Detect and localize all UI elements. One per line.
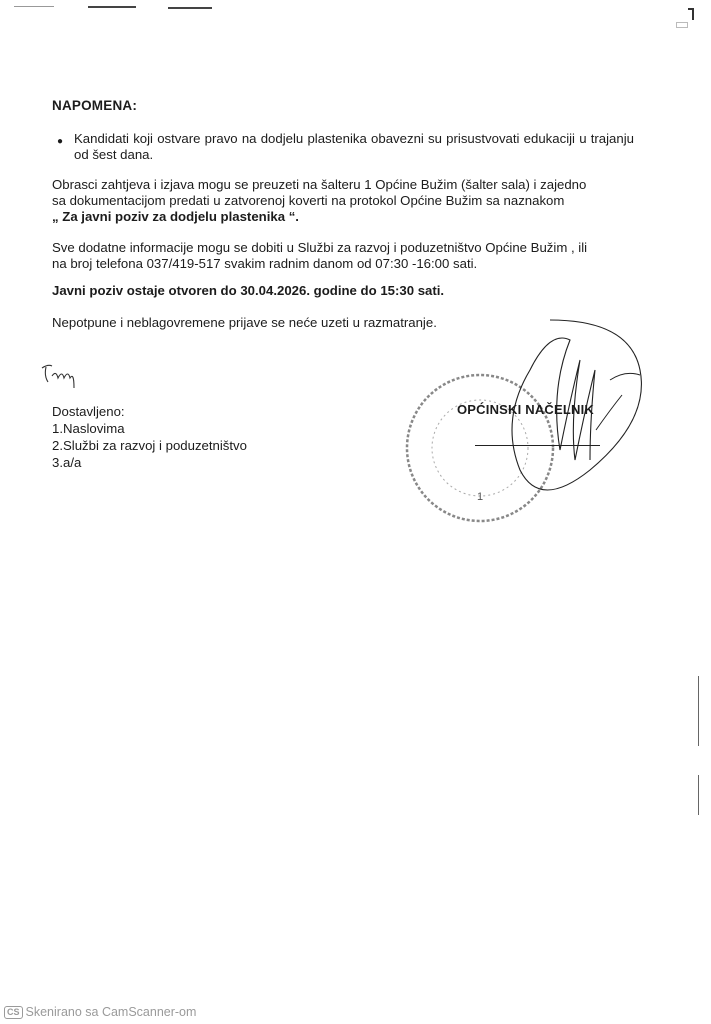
forms-line-3: „ Za javni poziv za dodjelu plastenika “… (52, 209, 632, 225)
official-stamp-icon: 1 (400, 300, 660, 540)
bullet-icon: ● (57, 134, 63, 150)
scan-artifact (14, 6, 54, 7)
forms-paragraph: Obrasci zahtjeva i izjava mogu se preuze… (52, 177, 632, 225)
forms-line-1: Obrasci zahtjeva i izjava mogu se preuze… (52, 177, 632, 193)
bullet-text: Kandidati koji ostvare pravo na dodjelu … (74, 131, 634, 163)
info-line-1: Sve dodatne informacije mogu se dobiti u… (52, 240, 632, 256)
camscanner-icon: CS (4, 1006, 23, 1019)
svg-text:1: 1 (477, 491, 483, 503)
info-paragraph: Sve dodatne informacije mogu se dobiti u… (52, 240, 632, 272)
distribution-label: Dostavljeno: (52, 403, 247, 420)
signatory-title: OPĆINSKI NAČELNIK (457, 402, 594, 418)
watermark-text: Skenirano sa CamScanner-om (26, 1004, 197, 1020)
deadline-text: Javni poziv ostaje otvoren do 30.04.2026… (52, 283, 632, 299)
scanner-watermark: CS Skenirano sa CamScanner-om (4, 1004, 196, 1020)
distribution-item: 3.a/a (52, 454, 247, 471)
forms-line-2: sa dokumentacijom predati u zatvorenoj k… (52, 193, 632, 209)
scan-artifact (168, 7, 212, 9)
scan-artifact (676, 22, 688, 28)
scan-artifact (688, 8, 694, 20)
scan-artifact (698, 775, 699, 815)
scan-artifact (88, 6, 136, 8)
distribution-item: 1.Naslovima (52, 420, 247, 437)
scan-artifact (698, 676, 699, 746)
distribution-list: Dostavljeno: 1.Naslovima 2.Službi za raz… (52, 403, 247, 471)
note-heading: NAPOMENA: (52, 98, 137, 114)
distribution-item: 2.Službi za razvoj i poduzetništvo (52, 437, 247, 454)
signature-line (475, 445, 600, 446)
info-line-2: na broj telefona 037/419-517 svakim radn… (52, 256, 632, 272)
initials-signature-icon (38, 362, 88, 392)
